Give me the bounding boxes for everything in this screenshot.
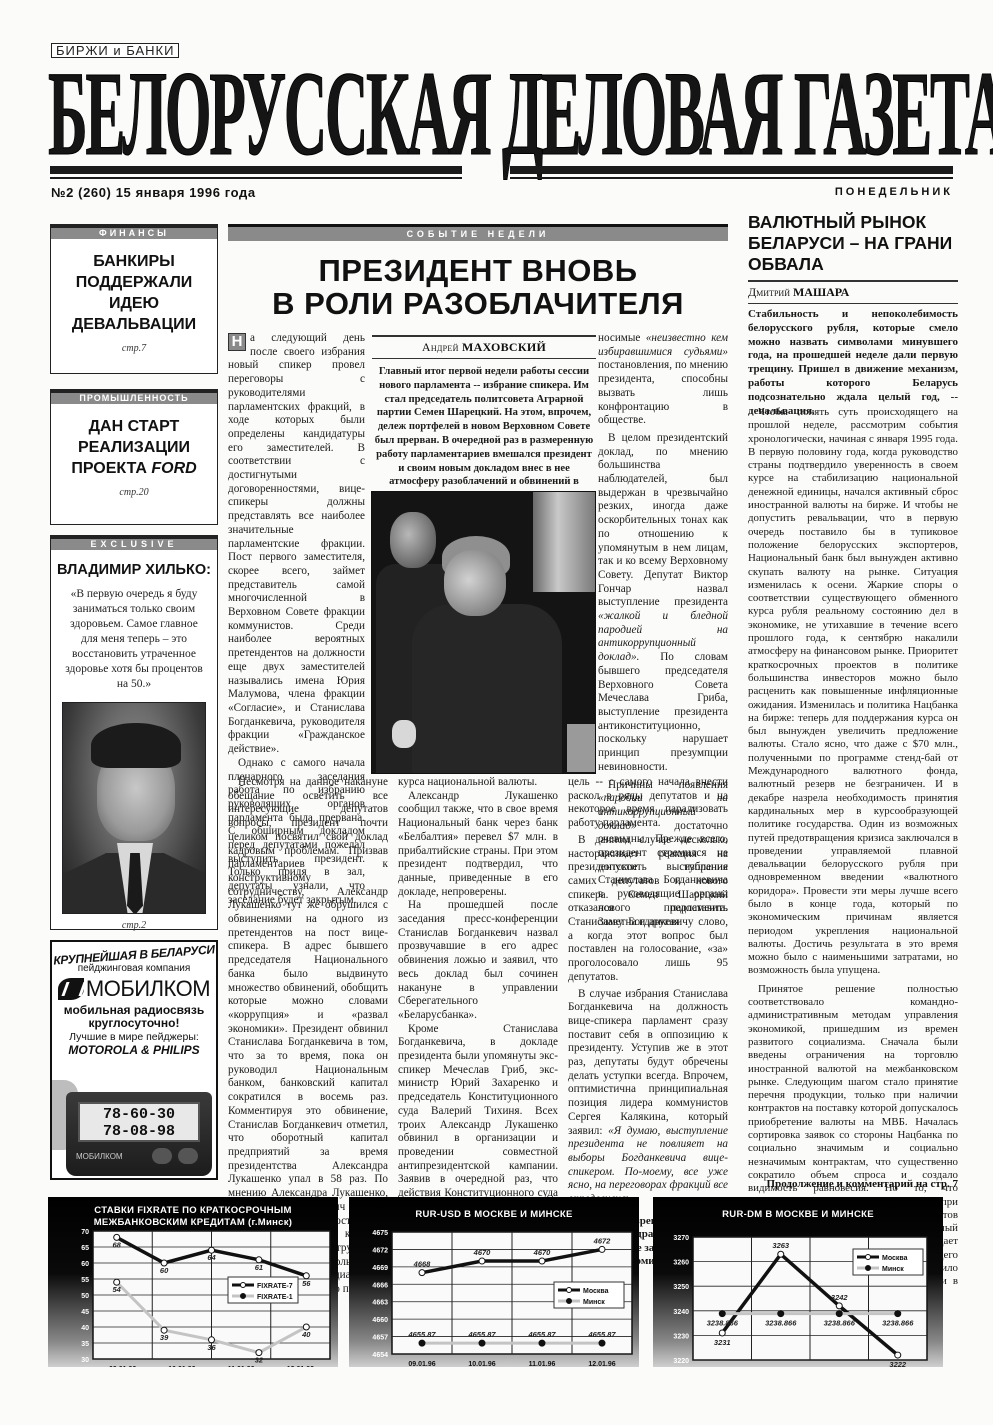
svg-text:70: 70 (81, 1229, 89, 1236)
svg-text:4668: 4668 (413, 1260, 432, 1269)
svg-text:45: 45 (81, 1309, 89, 1316)
author-byline: Андрей МАХОВСКИЙ (372, 337, 596, 358)
svg-text:3250: 3250 (673, 1284, 689, 1291)
dropcap: Н (228, 333, 246, 351)
page-ref: стр.2 (51, 920, 217, 939)
section-band: СОБЫТИЕ НЕДЕЛИ (228, 227, 728, 241)
svg-text:4675: 4675 (372, 1230, 388, 1237)
svg-text:65: 65 (81, 1245, 89, 1252)
svg-text:4655.87: 4655.87 (467, 1330, 496, 1339)
svg-text:32: 32 (255, 1356, 264, 1365)
chart-fixrate: СТАВКИ FIXRATE ПО КРАТКОСРОЧНЫМ МЕЖБАНКО… (48, 1197, 338, 1367)
svg-text:4672: 4672 (593, 1236, 612, 1245)
svg-text:50: 50 (81, 1293, 89, 1300)
weekday: ПОНЕДЕЛЬНИК (835, 186, 953, 198)
svg-text:11.01.96: 11.01.96 (228, 1366, 255, 1367)
issue-info: №2 (260) 15 января 1996 года (51, 185, 256, 200)
page-ref: стр.20 (51, 487, 217, 506)
svg-text:4655.87: 4655.87 (527, 1330, 556, 1339)
svg-text:4663: 4663 (372, 1300, 388, 1307)
svg-text:68: 68 (113, 1240, 122, 1249)
article-lead: Главный итог первой недели работы сессии… (372, 359, 596, 503)
svg-text:FIXRATE-7: FIXRATE-7 (257, 1283, 293, 1290)
svg-text:3270: 3270 (673, 1235, 689, 1242)
teaser-exclusive[interactable]: EXCLUSIVE ВЛАДИМИР ХИЛЬКО: «В первую оче… (50, 535, 218, 930)
pager-screen: 78-60-30 78-08-98 (78, 1102, 200, 1142)
teaser-industry[interactable]: ПРОМЫШЛЕННОСТЬ ДАН СТАРТ РЕАЛИЗАЦИИ ПРОЕ… (50, 389, 218, 525)
svg-text:61: 61 (255, 1263, 263, 1272)
main-headline: ПРЕЗИДЕНТ ВНОВЬ В РОЛИ РАЗОБЛАЧИТЕЛЯ (228, 254, 728, 320)
article-lead: Стабильность и непоколебимость белорусск… (748, 308, 958, 418)
svg-text:3238.866: 3238.866 (824, 1319, 856, 1328)
masthead-rule (510, 177, 953, 179)
teaser-headline: ДАН СТАРТ РЕАЛИЗАЦИИ ПРОЕКТА FORD (51, 404, 217, 487)
svg-text:FIXRATE-1: FIXRATE-1 (257, 1294, 293, 1301)
svg-text:3240: 3240 (673, 1309, 689, 1316)
masthead-rule (510, 166, 953, 174)
svg-text:4670: 4670 (533, 1248, 552, 1257)
chart-plot: 30354045505560657009.01.9610.01.9611.01.… (48, 1197, 338, 1367)
masthead-rule (50, 166, 462, 174)
svg-text:Минск: Минск (583, 1299, 605, 1306)
section-band: ПРОМЫШЛЕННОСТЬ (51, 390, 217, 404)
svg-text:3263: 3263 (772, 1241, 790, 1250)
svg-text:4660: 4660 (372, 1317, 388, 1324)
portrait-photo (62, 702, 206, 914)
mobilcom-logo: МОБИЛКОМ (52, 976, 216, 1002)
svg-text:10.01.96: 10.01.96 (468, 1361, 495, 1367)
svg-text:4655.87: 4655.87 (587, 1330, 616, 1339)
byline-box: Андрей МАХОВСКИЙ Главный итог первой нед… (372, 335, 596, 503)
svg-text:4670: 4670 (473, 1248, 492, 1257)
svg-text:Москва: Москва (882, 1255, 908, 1262)
chart-plot: 32203230324032503260327009.01.9610.01.96… (653, 1197, 943, 1367)
ad-brands: MOTOROLA & PHILIPS (52, 1043, 216, 1058)
logo-mark-icon (58, 978, 84, 1000)
svg-text:30: 30 (81, 1357, 89, 1364)
chart-rur-usd: RUR-USD В МОСКВЕ И МИНСКЕ 46544657466046… (349, 1197, 639, 1367)
byline-box: Дмитрий МАШАРА (748, 280, 958, 304)
chart-plot: 4654465746604663466646694672467509.01.96… (349, 1197, 639, 1367)
page-ref: стр.7 (51, 343, 217, 362)
svg-text:35: 35 (81, 1341, 89, 1348)
article-column: цель -- с самого начала внести раскол в … (568, 776, 728, 1269)
svg-text:3238.866: 3238.866 (882, 1319, 914, 1328)
author-byline: Дмитрий МАШАРА (748, 282, 958, 303)
svg-text:60: 60 (81, 1261, 89, 1268)
svg-text:4655.87: 4655.87 (407, 1330, 436, 1339)
interview-quote: «В первую очередь я буду заниматься толь… (51, 587, 217, 692)
svg-text:39: 39 (160, 1333, 169, 1342)
section-band: ФИНАНСЫ (51, 225, 217, 239)
ad-line: Лучшие в мире пейджеры: (52, 1031, 216, 1043)
svg-text:64: 64 (207, 1253, 216, 1262)
svg-text:09.01.96: 09.01.96 (408, 1361, 435, 1367)
svg-text:11.01.96: 11.01.96 (529, 1361, 556, 1367)
ad-line: круглосуточно! (52, 1017, 216, 1030)
newspaper-title: БЕЛОРУССКАЯ ДЕЛОВАЯ ГАЗЕТА (48, 52, 550, 177)
svg-text:Минск: Минск (882, 1266, 904, 1273)
svg-text:3260: 3260 (673, 1260, 689, 1267)
phone-number: 78-60-30 (80, 1106, 198, 1123)
chart-rur-dm: RUR-DM В МОСКВЕ И МИНСКЕ 322032303240325… (653, 1197, 943, 1367)
section-band: EXCLUSIVE (51, 536, 217, 550)
pager-graphic: 78-60-30 78-08-98 МОБИЛКОМ (66, 1092, 212, 1176)
pager-brand: МОБИЛКОМ (76, 1152, 123, 1161)
svg-text:12.01.96: 12.01.96 (588, 1361, 615, 1367)
svg-text:3238.866: 3238.866 (765, 1319, 797, 1328)
svg-text:3231: 3231 (714, 1338, 731, 1347)
news-photo (371, 491, 596, 774)
article-column: Чтобы понять суть происходящего на прошл… (748, 406, 958, 1302)
svg-text:3222: 3222 (889, 1360, 907, 1367)
phone-number: 78-08-98 (80, 1123, 198, 1140)
svg-text:40: 40 (301, 1330, 311, 1339)
svg-text:36: 36 (207, 1343, 216, 1352)
teaser-finance[interactable]: ФИНАНСЫ БАНКИРЫ ПОДДЕРЖАЛИ ИДЕЮ ДЕВАЛЬВА… (50, 224, 218, 374)
teaser-headline: БАНКИРЫ ПОДДЕРЖАЛИ ИДЕЮ ДЕВАЛЬВАЦИИ (51, 239, 217, 343)
svg-text:55: 55 (81, 1277, 89, 1284)
svg-text:4672: 4672 (372, 1247, 388, 1254)
teaser-headline: ВЛАДИМИР ХИЛЬКО: (51, 550, 217, 587)
continued-link[interactable]: Продолжение и комментарий на стр. 7 (748, 1178, 958, 1190)
svg-text:Москва: Москва (583, 1288, 609, 1295)
svg-text:3242: 3242 (831, 1293, 849, 1302)
svg-text:12.01.96: 12.01.96 (287, 1366, 314, 1367)
svg-text:4669: 4669 (372, 1265, 388, 1272)
svg-text:4657: 4657 (372, 1335, 388, 1342)
svg-text:60: 60 (160, 1266, 169, 1275)
right-headline: ВАЛЮТНЫЙ РЫНОК БЕЛАРУСИ – НА ГРАНИ ОБВАЛ… (748, 212, 958, 275)
svg-text:40: 40 (81, 1325, 89, 1332)
masthead-rule (50, 177, 462, 179)
svg-text:54: 54 (113, 1285, 122, 1294)
svg-text:09.01.96: 09.01.96 (109, 1366, 136, 1367)
svg-text:4654: 4654 (372, 1352, 388, 1359)
svg-text:3220: 3220 (673, 1358, 689, 1365)
mobilcom-ad[interactable]: КРУПНЕЙШАЯ В БЕЛАРУСИ пейджинговая компа… (50, 940, 218, 1180)
svg-text:56: 56 (302, 1279, 311, 1288)
svg-text:3238.866: 3238.866 (707, 1319, 739, 1328)
svg-text:10.01.96: 10.01.96 (168, 1366, 195, 1367)
svg-text:3230: 3230 (673, 1333, 689, 1340)
svg-text:4666: 4666 (372, 1282, 388, 1289)
